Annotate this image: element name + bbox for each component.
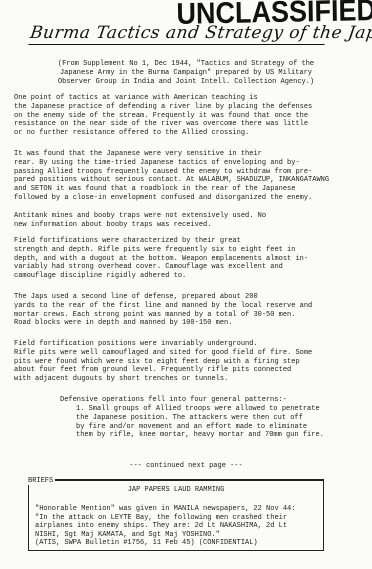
briefs-box: JAP PAPERS LAUD RAMMING "Honorable Menti… xyxy=(28,479,324,551)
continued-note: --- continued next page --- xyxy=(0,462,372,470)
defensive-pattern-item-1: 1. Small groups of Allied troops were al… xyxy=(76,405,366,440)
source-note: (From Supplement No 1, Dec 1944, "Tactic… xyxy=(36,60,336,86)
paragraph-field-fortifications: Field fortifications were characterized … xyxy=(14,237,344,281)
paragraph-second-line: The Japs used a second line of defense, … xyxy=(14,293,344,328)
paragraph-river-defense: One point of tactics at variance with Am… xyxy=(14,94,344,138)
briefs-headline: JAP PAPERS LAUD RAMMING xyxy=(29,486,323,494)
briefs-label: BRIEFS xyxy=(28,477,55,485)
paragraph-mines-booby-traps: Antitank mines and booby traps were not … xyxy=(14,212,344,230)
paragraph-rear-sensitivity: It was found that the Japanese were very… xyxy=(14,150,344,203)
paragraph-underground-positions: Field fortification positions were invar… xyxy=(14,340,344,384)
defensive-patterns-intro: Defensive operations fell into four gene… xyxy=(60,396,350,405)
page-title: Burma Tactics and Strategy of the Japs xyxy=(28,23,327,45)
briefs-body: "Honorable Mention" was given in MANILA … xyxy=(35,505,321,548)
